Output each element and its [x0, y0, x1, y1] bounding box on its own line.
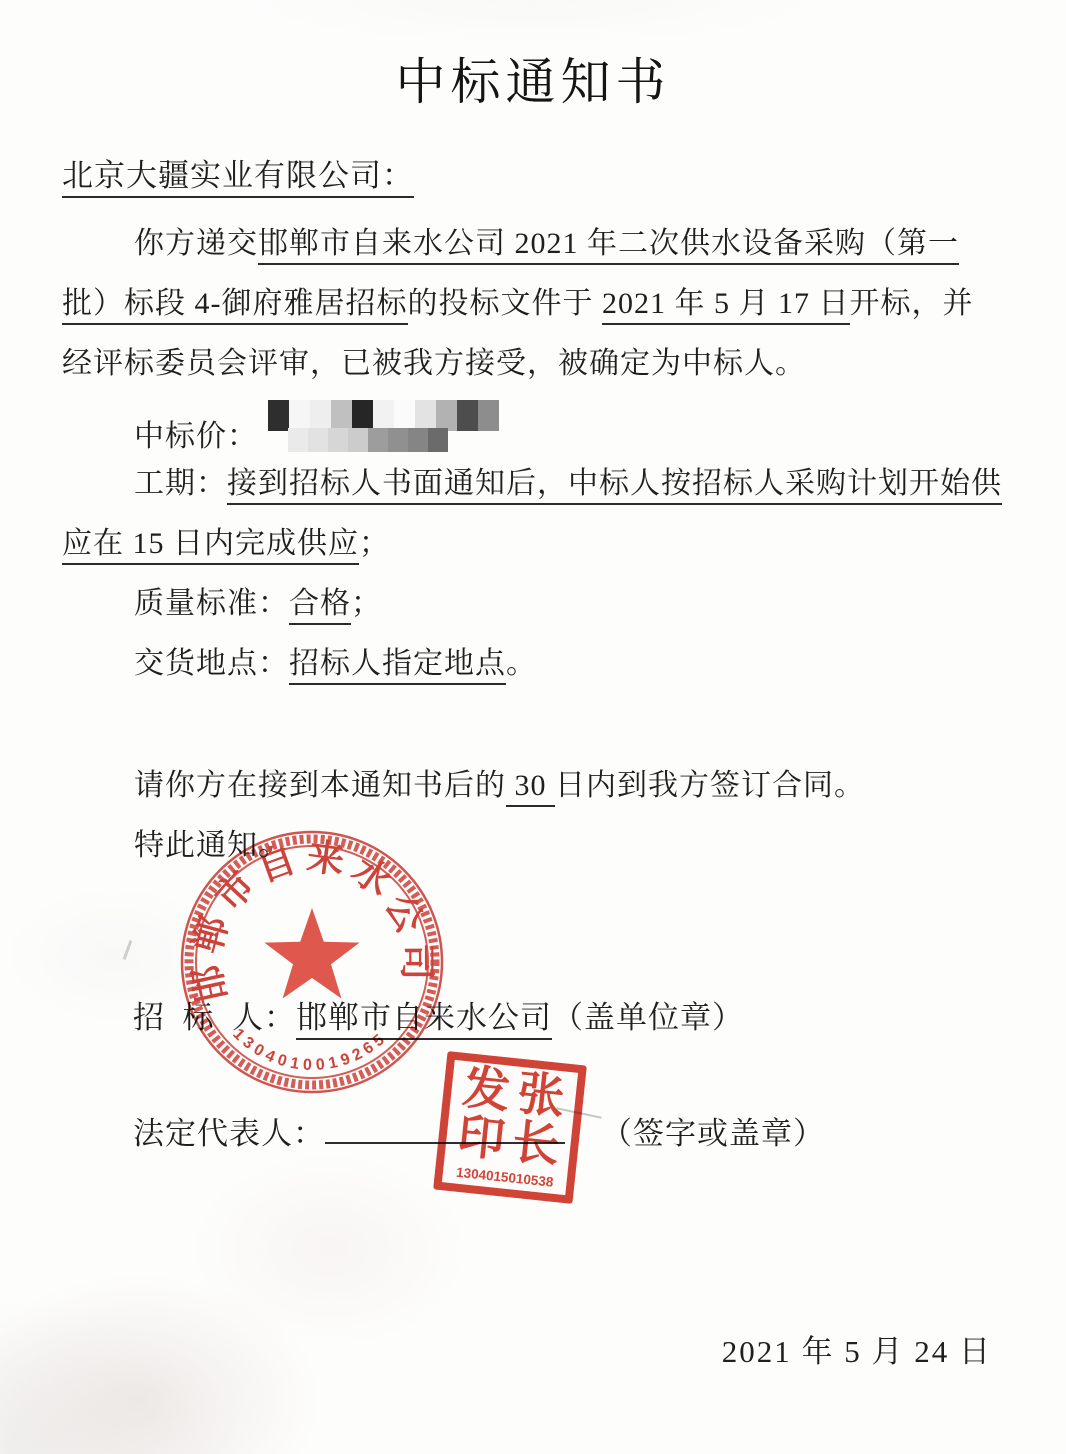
text: 交货地点：	[134, 647, 289, 680]
mosaic-block	[368, 428, 388, 452]
tenderer-suffix: （盖单位章）	[552, 1000, 744, 1035]
body-text: 北京大疆实业有限公司： 你方递交邯郸市自来水公司 2021 年二次供水设备采购（…	[62, 150, 1006, 882]
body-line: 应在 15 日内完成供应；	[62, 520, 1006, 580]
underlined-text: 批）标段 4-御府雅居招标	[62, 287, 408, 325]
underlined-text: 接到招标人书面通知后，中标人按招标人采购计划开始供	[227, 467, 1002, 505]
underlined-text: 30	[506, 769, 555, 807]
body-line: 经评标委员会评审，已被我方接受，被确定为中标人。	[62, 340, 1006, 400]
mosaic-block	[388, 428, 408, 452]
mosaic-block	[394, 400, 415, 431]
recipient-line: 北京大疆实业有限公司：	[62, 150, 1006, 220]
text: 你方递交	[134, 227, 258, 260]
text: 经评标委员会评审，已被我方接受，被确定为中标人。	[62, 347, 806, 380]
mosaic-block	[331, 400, 352, 431]
mosaic-block	[436, 400, 457, 431]
body-line: 中标价：	[62, 400, 1006, 460]
body-line: 交货地点：招标人指定地点。	[62, 640, 1006, 700]
redacted-price-mosaic	[268, 400, 500, 452]
mosaic-block	[428, 428, 448, 452]
mosaic-row	[288, 428, 448, 452]
mosaic-block	[310, 400, 331, 431]
text: ；	[351, 587, 382, 620]
legal-rep-suffix: （签字或盖章）	[601, 1116, 825, 1151]
underlined-text: 邯郸市自来水公司 2021 年二次供水设备采购（第一	[258, 227, 959, 265]
text: 工期：	[134, 467, 227, 500]
mosaic-block	[268, 400, 289, 431]
text: 开标，并	[850, 287, 974, 320]
document-title: 中标通知书	[0, 42, 1066, 114]
underlined-text: 招标人指定地点	[289, 647, 506, 685]
date-line: 2021 年 5 月 24 日	[722, 1326, 992, 1371]
mosaic-block	[348, 428, 368, 452]
underlined-text: 应在 15 日内完成供应	[62, 527, 359, 565]
text: 日内到我方签订合同。	[555, 769, 865, 802]
mosaic-block	[457, 400, 478, 431]
mosaic-row	[268, 400, 499, 431]
text: 的投标文件于	[408, 287, 603, 320]
mosaic-block	[308, 428, 328, 452]
mosaic-block	[328, 428, 348, 452]
scan-artifact-mark	[123, 940, 133, 960]
mosaic-block	[478, 400, 499, 431]
seal-star-icon	[264, 908, 359, 999]
underlined-text: 合格	[289, 587, 351, 625]
square-seal-row2: 印长	[446, 1112, 570, 1173]
mosaic-block	[373, 400, 394, 431]
legal-rep-square-seal: 发张 印长 1304015010538	[433, 1051, 587, 1204]
text: 中标价：	[134, 420, 258, 453]
company-round-seal: 邯郸市自来水公司 1304010019265	[176, 826, 448, 1098]
text: 。	[506, 647, 537, 680]
body-line: 请你方在接到本通知书后的 30 日内到我方签订合同。	[62, 762, 1006, 822]
legal-rep-label: 法定代表人：	[133, 1116, 325, 1151]
text: 质量标准：	[134, 587, 289, 620]
text: ；	[359, 527, 390, 560]
mosaic-block	[288, 428, 308, 452]
body-line: 你方递交邯郸市自来水公司 2021 年二次供水设备采购（第一	[62, 220, 1006, 280]
body-line: 质量标准：合格；	[62, 580, 1006, 640]
mosaic-block	[352, 400, 373, 431]
body-line: 工期：接到招标人书面通知后，中标人按招标人采购计划开始供	[62, 460, 1006, 520]
mosaic-block	[289, 400, 310, 431]
text: 请你方在接到本通知书后的	[134, 769, 506, 802]
mosaic-block	[415, 400, 436, 431]
recipient-name: 北京大疆实业有限公司：	[62, 158, 414, 198]
mosaic-block	[408, 428, 428, 452]
body-line: 批）标段 4-御府雅居招标的投标文件于 2021 年 5 月 17 日开标，并	[62, 280, 1006, 340]
underlined-text: 2021 年 5 月 17 日	[602, 287, 850, 325]
